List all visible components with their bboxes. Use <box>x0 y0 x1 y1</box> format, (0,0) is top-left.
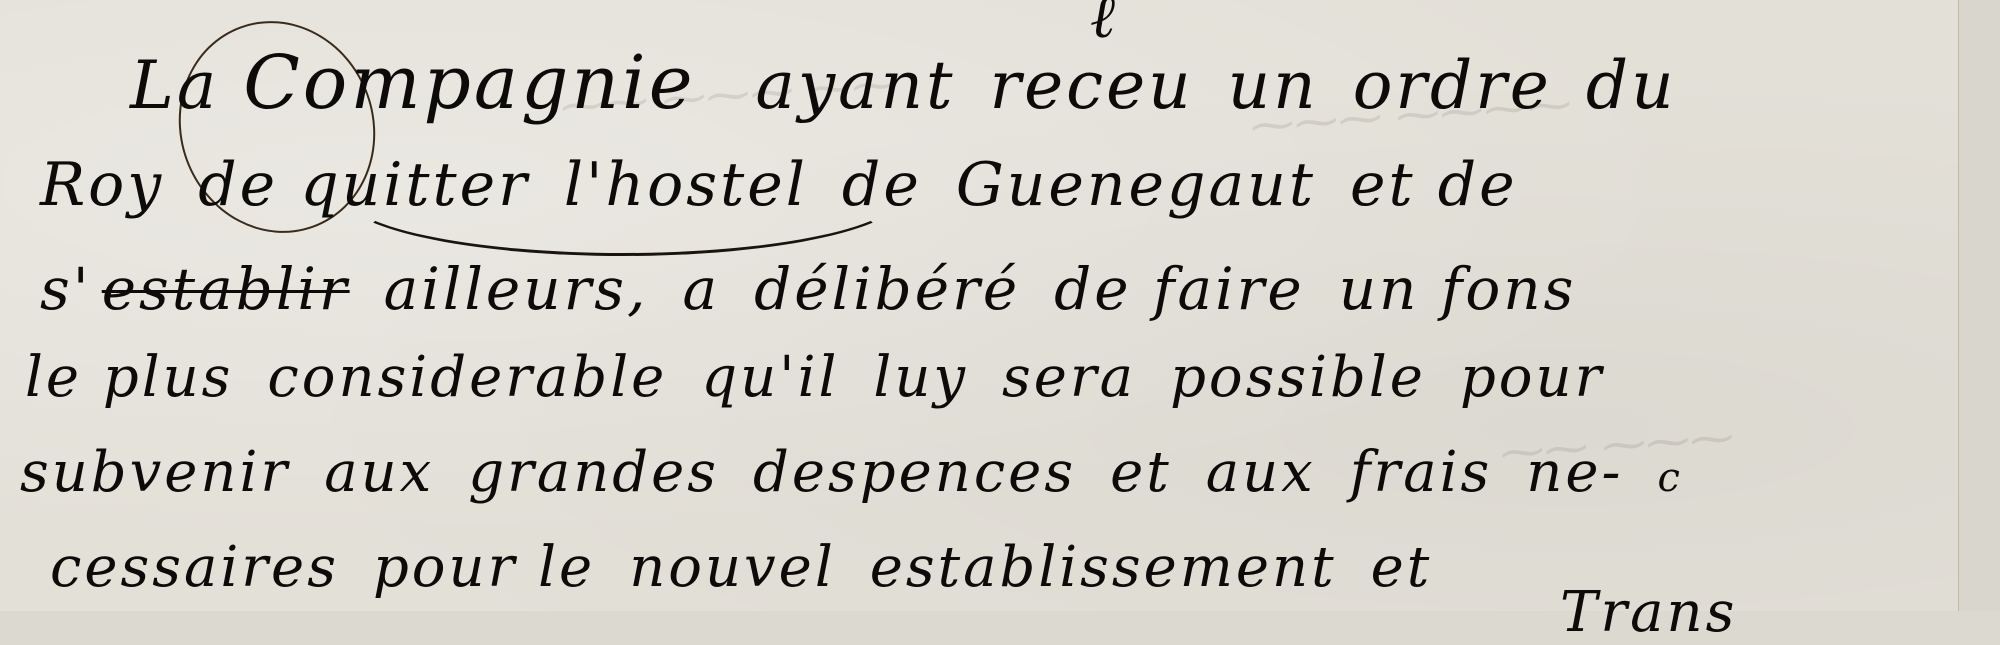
manuscript-line-4: le plusconsiderablequ'illuyserapossiblep… <box>25 345 1638 410</box>
word: luy <box>873 345 968 410</box>
word: La <box>130 47 219 124</box>
word: Guenegaut <box>956 150 1316 220</box>
word: subvenir <box>20 440 290 505</box>
word: du <box>1586 47 1677 124</box>
manuscript-page: ⁓⁓ ⁓⁓⁓ ⁓⁓ ⁓⁓⁓ ⁓⁓⁓⁓ ⁓⁓ ⁓⁓⁓ ℓ LaCompagniea… <box>0 0 1958 611</box>
word: de quitter <box>198 150 530 220</box>
manuscript-line-7-partial: Trans <box>1560 580 1771 611</box>
word: le plus <box>25 345 233 410</box>
paper-edge <box>1958 0 2000 611</box>
word: grandes <box>468 440 719 505</box>
word: et <box>1371 535 1433 600</box>
word: l'hostel <box>564 150 808 220</box>
word: pour le <box>373 535 595 600</box>
word: de faire <box>1054 255 1305 323</box>
word: a <box>683 255 721 323</box>
word: ailleurs, <box>384 255 649 323</box>
struck-word: establir <box>102 255 350 323</box>
word: Trans <box>1560 580 1737 611</box>
manuscript-line-1: LaCompagnieayantreceuunordredu <box>130 40 1711 126</box>
word: cessaires <box>50 535 339 600</box>
word: receu <box>990 47 1194 124</box>
word: ordre <box>1353 47 1552 124</box>
word: ne- <box>1526 440 1623 505</box>
word: aux <box>324 440 434 505</box>
word: considerable <box>267 345 667 410</box>
word: possible <box>1170 345 1426 410</box>
manuscript-line-3: s'establirailleurs,adélibéréde faireun f… <box>40 255 1610 323</box>
word: pour <box>1460 345 1604 410</box>
word: aux <box>1206 440 1316 505</box>
word: et <box>1110 440 1172 505</box>
word: délibéré <box>754 255 1020 323</box>
word: un fons <box>1339 255 1577 323</box>
word: de <box>842 150 922 220</box>
manuscript-line-5: subvenirauxgrandesdespencesetauxfraisne-… <box>20 440 1717 505</box>
word: sera <box>1002 345 1136 410</box>
word: c <box>1657 455 1682 501</box>
word: et de <box>1350 150 1518 220</box>
word: Roy <box>40 150 164 220</box>
manuscript-line-2: Royde quitterl'hosteldeGuenegautet de <box>40 150 1552 220</box>
word: frais <box>1350 440 1493 505</box>
word: establissement <box>870 535 1337 600</box>
word: ayant <box>756 47 956 124</box>
word: un <box>1228 47 1319 124</box>
word: s' <box>40 255 92 323</box>
word: qu'il <box>701 345 839 410</box>
manuscript-line-6: cessairespour lenouvelestablissementet <box>50 535 1466 600</box>
word: nouvel <box>629 535 836 600</box>
word: despences <box>753 440 1076 505</box>
word: Compagnie <box>243 40 695 126</box>
